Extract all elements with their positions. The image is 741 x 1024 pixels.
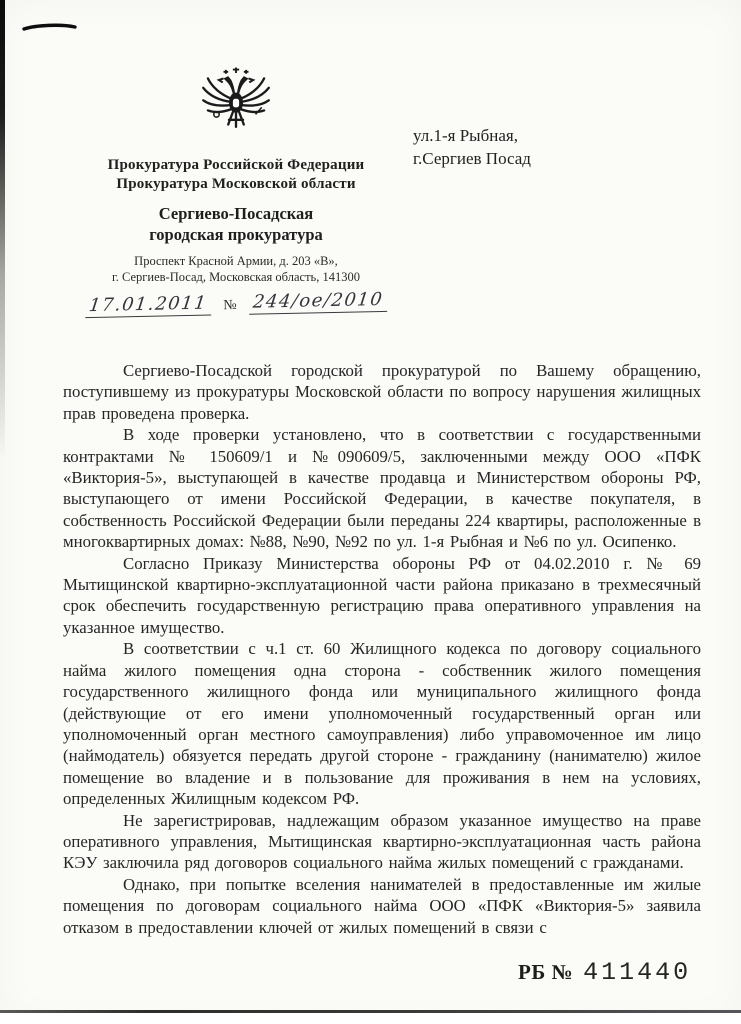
scanned-letter-page: Прокуратура Российской Федерации Прокура…: [0, 0, 741, 1024]
scan-bottom-margin: [0, 1013, 741, 1024]
handwritten-date: 17.01.2011: [88, 293, 209, 317]
body-paragraph: Не зарегистрировав, надлежащим образом у…: [63, 810, 701, 874]
date-number-row: 17.01.2011 № 244/ое/2010: [60, 288, 412, 318]
handwritten-number: 244/ое/2010: [251, 289, 384, 313]
body-paragraph: Однако, при попытке вселения нанимателей…: [63, 874, 701, 938]
body-paragraph: В ходе проверки установлено, что в соотв…: [63, 424, 701, 552]
office-name-line2: городская прокуратура: [60, 224, 412, 245]
stamp-number: 411440: [583, 958, 691, 987]
number-sign: №: [223, 298, 237, 315]
scan-edge-artifact: [0, 0, 5, 460]
office-name-line1: Сергиево-Посадская: [60, 203, 412, 224]
recipient-city: г.Сергиев Посад: [413, 147, 531, 170]
office-address-line1: Проспект Красной Армии, д. 203 «В»,: [60, 254, 412, 270]
letter-body: Сергиево-Посадской городской прокуратуро…: [63, 360, 701, 938]
body-paragraph: В соответствии с ч.1 ст. 60 Жилищного ко…: [63, 638, 701, 809]
recipient-address: ул.1-я Рыбная, г.Сергиев Посад: [413, 124, 531, 170]
coat-of-arms-eagle-icon: [197, 64, 275, 146]
handwritten-number-field: 244/ое/2010: [248, 289, 387, 315]
office-address-line2: г. Сергиев-Посад, Московская область, 14…: [60, 270, 412, 286]
body-paragraph: Сергиево-Посадской городской прокуратуро…: [63, 360, 701, 424]
org-name-line2: Прокуратура Московской области: [60, 175, 412, 194]
handwritten-date-field: 17.01.2011: [85, 293, 212, 319]
org-name-line1: Прокуратура Российской Федерации: [60, 156, 412, 175]
blank-series-stamp: РБ № 411440: [518, 958, 691, 987]
body-paragraph: Согласно Приказу Министерства обороны РФ…: [63, 553, 701, 639]
pen-mark: [22, 20, 78, 34]
stamp-series: РБ №: [518, 960, 573, 985]
letterhead: Прокуратура Российской Федерации Прокура…: [60, 64, 412, 315]
recipient-street: ул.1-я Рыбная,: [413, 124, 531, 147]
